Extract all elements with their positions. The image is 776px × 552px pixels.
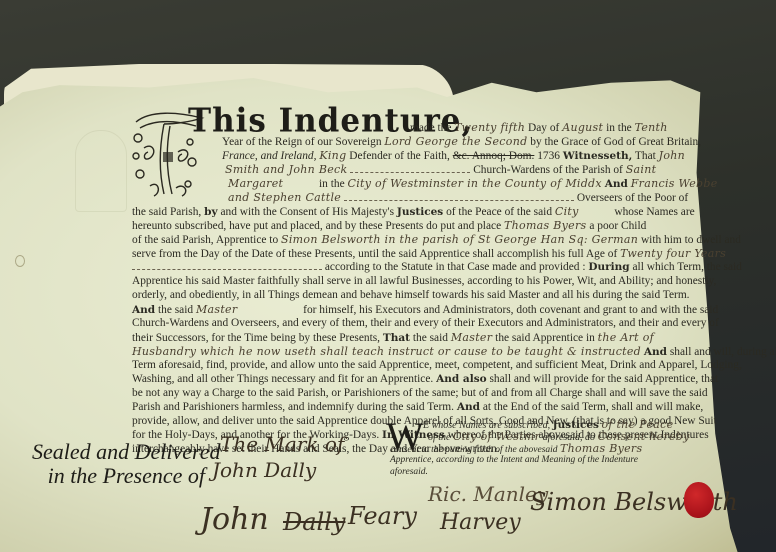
line-3: France, and Ireland, King Defender of th… — [222, 149, 685, 163]
line-15: Church-Wardens and Overseers, and every … — [132, 317, 719, 330]
witness-name-signature: John Dally — [212, 458, 316, 482]
line-17: Husbandry which he now useth shall teach… — [132, 345, 776, 359]
struck-surname: Dally — [283, 508, 345, 536]
justice-signature-2: Harvey — [440, 510, 521, 535]
line-4: Smith and John Beck Church-Wardens of th… — [225, 163, 656, 177]
signer-surname: Feary — [348, 502, 417, 530]
line-18: Term aforesaid, find, provide, and allow… — [132, 359, 742, 372]
line-13: orderly, and obediently, in all Things d… — [132, 289, 690, 302]
signer-first-name: John — [200, 502, 269, 537]
line-8: hereunto subscribed, have put and placed… — [132, 219, 646, 233]
line-16: their Successors, for the Time being by … — [132, 331, 654, 345]
embossed-stamp — [75, 130, 127, 212]
line-9: of the said Parish, Apprentice to Simon … — [132, 233, 741, 247]
line-11: according to the Statute in that Case ma… — [132, 261, 742, 274]
witness-mark-signature: The Mark of — [220, 432, 344, 456]
line-7: the said Parish, by and with the Consent… — [132, 205, 695, 219]
line-14: And the said Master for himself, his Exe… — [132, 303, 718, 317]
line-1: made the Twenty fifth Day of August in t… — [410, 121, 668, 135]
wax-seal-icon — [684, 482, 714, 518]
justices-line-5: aforesaid. — [390, 466, 428, 479]
line-2: Year of the Reign of our Sovereign Lord … — [222, 135, 701, 149]
line-12: Apprentice his said Master faithfully sh… — [132, 275, 716, 288]
line-20: be not any way a Charge to the said Pari… — [132, 387, 708, 400]
sealed-delivered-label: Sealed and Delivered in the Presence of — [32, 440, 221, 488]
line-19: Washing, and all other Things necessary … — [132, 373, 718, 386]
paper-stain — [15, 255, 25, 267]
line-10: serve from the Day of the Date of these … — [132, 247, 726, 261]
line-6: and Stephen Cattle Overseers of the Poor… — [228, 191, 688, 205]
line-5: Margaret in the City of Westminster in t… — [228, 177, 718, 191]
